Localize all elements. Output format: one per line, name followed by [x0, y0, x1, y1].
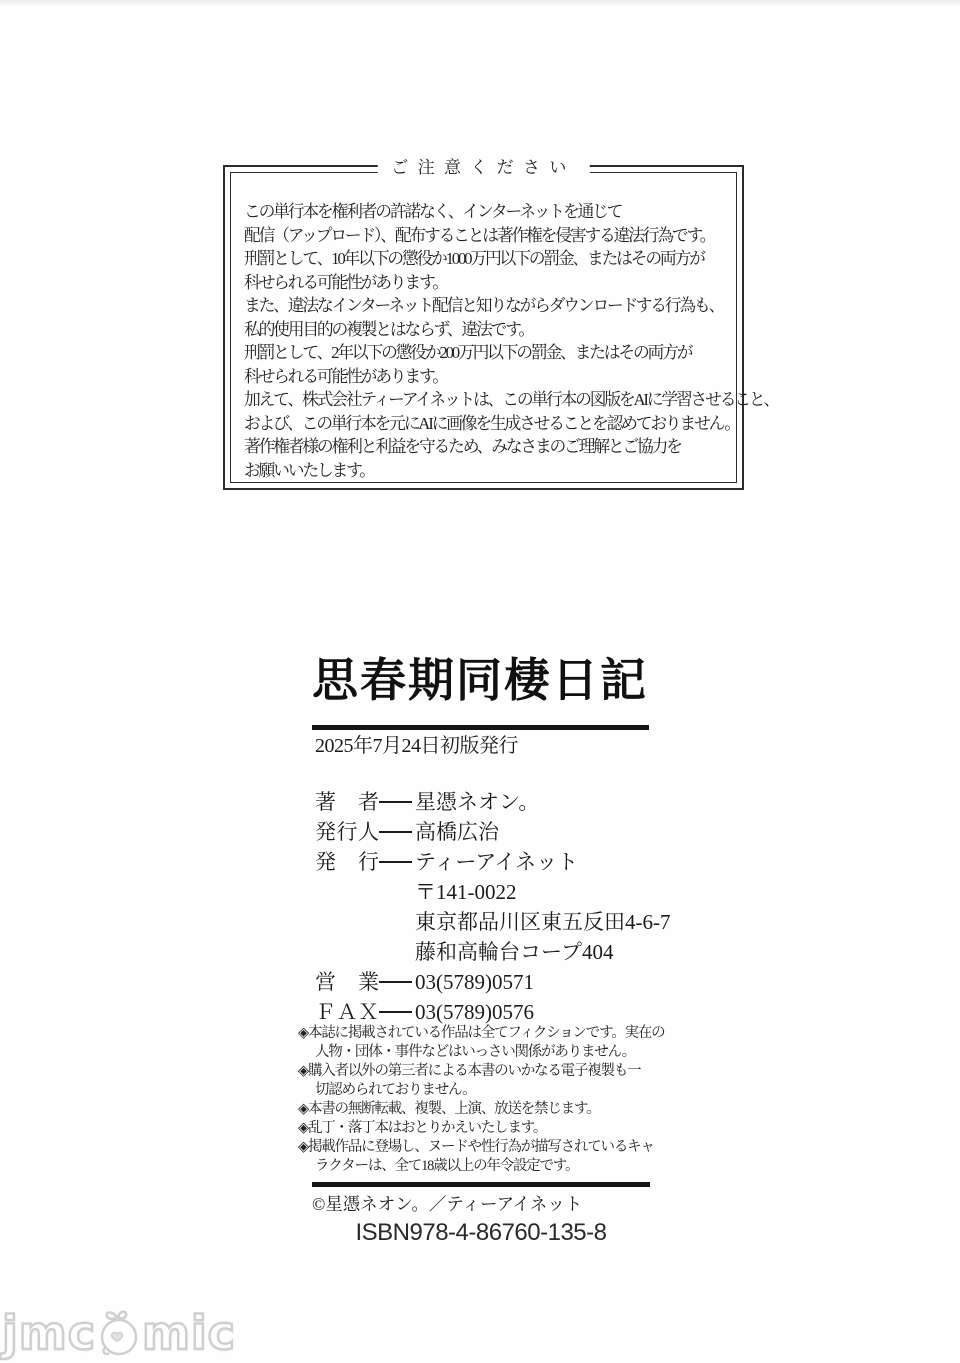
sales-phone: 03(5789)0571: [415, 967, 534, 997]
leader-dash: [379, 861, 412, 863]
title-rule: [312, 725, 649, 730]
copyright-line: ©星憑ネオン。／ティーアイネット: [312, 1192, 582, 1216]
publisher-value: ティーアイネット: [415, 847, 578, 877]
notice-box-body: この単行本を権利者の許諾なく、インターネットを通じて 配信（アップロード）、配布…: [244, 200, 778, 482]
notice-line: お願いいたします。: [244, 459, 778, 483]
edition-date: 2025年7月24日初版発行: [315, 733, 518, 759]
note-defective-copy: ◈乱丁・落丁本はおとりかえいたします。: [298, 1119, 664, 1138]
address-line: 藤和高輪台コープ404: [315, 937, 671, 967]
notice-line: 科せられる可能性があります。: [244, 271, 778, 295]
copyright-notice-box: ご注意ください この単行本を権利者の許諾なく、インターネットを通じて 配信（アッ…: [223, 165, 744, 490]
notice-line: 著作権者様の権利と利益を守るため、みなさまのご理解とご協力を: [244, 435, 778, 459]
legal-notes: ◈本誌に掲載されている作品は全てフィクションです。実在の 人物・団体・事件などは…: [298, 1024, 664, 1176]
author-label: 著 者: [315, 787, 379, 817]
address-line: 東京都品川区東五反田4-6-7: [315, 907, 671, 937]
notice-line: 私的使用目的の複製とはならず、違法です。: [244, 318, 778, 342]
publisher-row: 発 行 ティーアイネット: [315, 847, 671, 877]
notice-line: 加えて、株式会社ティーアイネットは、この単行本の図版をAIに学習させること、: [244, 388, 778, 412]
publication-info: 著 者 星憑ネオン。 発行人 高橋広治 発 行 ティーアイネット 〒141-00…: [315, 787, 671, 1027]
publisher-person-value: 高橋広治: [415, 817, 499, 847]
notice-line: また、違法なインターネット配信と知りながらダウンロードする行為も、: [244, 294, 778, 318]
leader-dash: [379, 831, 412, 833]
notice-line: 配信（アップロード）、配布することは著作権を侵害する違法行為です。: [244, 224, 778, 248]
fax-row: ＦＡＸ 03(5789)0576: [315, 997, 671, 1027]
leader-dash: [379, 981, 412, 983]
leader-dash: [379, 1011, 412, 1013]
sales-label: 営 業: [315, 967, 379, 997]
bottom-rule: [312, 1182, 650, 1187]
notice-line: 科せられる可能性があります。: [244, 365, 778, 389]
watermark-text-suffix: mic: [142, 1306, 236, 1360]
publisher-person-row: 発行人 高橋広治: [315, 817, 671, 847]
scan-edge: [0, 0, 960, 7]
leader-dash: [379, 801, 412, 803]
isbn: ISBN978-4-86760-135-8: [312, 1219, 650, 1247]
watermark-text-prefix: jmc: [2, 1306, 96, 1360]
note-digital-copy: ◈購入者以外の第三者による本書のいかなる電子複製も一 切認められておりません。: [298, 1062, 664, 1100]
fax-number: 03(5789)0576: [415, 997, 534, 1027]
author-row: 著 者 星憑ネオン。: [315, 787, 671, 817]
colophon-page: ご注意ください この単行本を権利者の許諾なく、インターネットを通じて 配信（アッ…: [0, 0, 960, 1363]
notice-line: および、この単行本を元にAIに画像を生成させることを認めておりません。: [244, 412, 778, 436]
note-age-setting: ◈掲載作品に登場し、ヌードや性行為が描写されているキャ ラクターは、全て18歳以…: [298, 1138, 664, 1176]
watermark-logo: jmc mic: [2, 1306, 236, 1360]
notice-box-title: ご注意ください: [377, 157, 589, 179]
postal-code: 〒141-0022: [315, 877, 671, 907]
note-fiction: ◈本誌に掲載されている作品は全てフィクションです。実在の 人物・団体・事件などは…: [298, 1024, 664, 1062]
fax-label: ＦＡＸ: [315, 997, 379, 1027]
notice-line: この単行本を権利者の許諾なく、インターネットを通じて: [244, 200, 778, 224]
bird-icon: [97, 1308, 141, 1358]
notice-line: 刑罰として、2年以下の懲役か200万円以下の罰金、またはその両方が: [244, 341, 778, 365]
author-value: 星憑ネオン。: [415, 787, 539, 817]
publisher-label: 発 行: [315, 847, 379, 877]
sales-phone-row: 営 業 03(5789)0571: [315, 967, 671, 997]
publisher-person-label: 発行人: [315, 817, 379, 847]
note-reproduction: ◈本書の無断転載、複製、上演、放送を禁じます。: [298, 1100, 664, 1119]
notice-line: 刑罰として、10年以下の懲役か1000万円以下の罰金、またはその両方が: [244, 247, 778, 271]
book-title: 思春期同棲日記: [312, 656, 652, 706]
